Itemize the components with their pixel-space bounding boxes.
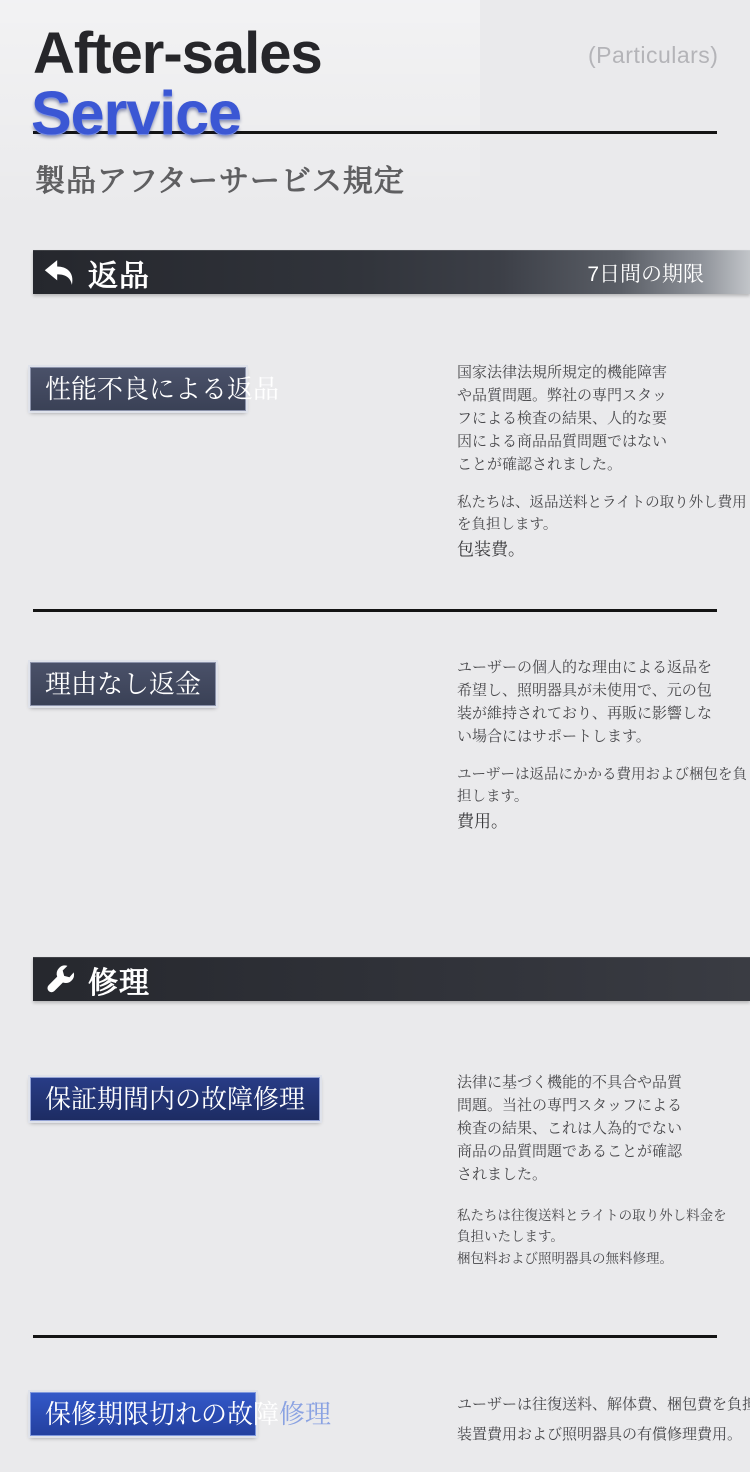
returns-section-bar: 返品 7日間の期限 [33,250,750,294]
page-subtitle-jp: 製品アフターサービス規定 [35,156,405,200]
returns-deadline-badge: 7日間の期限 [587,258,750,288]
no-reason-refund-extra: 費用。 [457,809,750,835]
section-divider [33,609,717,612]
wrench-icon [42,962,78,998]
repair-bar-title: 修理 [88,958,150,1002]
defective-return-note: 私たちは、返品送料とライトの取り外し費用 を負担します。 [457,492,750,536]
no-reason-refund-body: ユーザーの個人的な理由による返品を 希望し、照明器具が未使用で、元の包 装が維持… [457,657,750,749]
label-defective-return: 性能不良による返品 [30,367,246,411]
label-out-of-warranty-repair: 保修期限切れの故障修理 [30,1392,256,1436]
text-in-warranty-repair: 法律に基づく機能的不具合や品質 問題。当社の専門スタッフによる 検査の結果、これ… [457,1072,750,1269]
defective-return-body: 国家法律法規所規定的機能障害 や品質問題。弊社の専門スタッ フによる検査の結果、… [457,362,750,477]
defective-return-extra: 包装費。 [457,537,750,563]
page-title-line1: After-sales [33,20,322,87]
out-of-warranty-repair-body: ユーザーは往復送料、解体費、梱包費を負担し 装置費用および照明器具の有償修理費用… [457,1390,750,1450]
no-reason-refund-note: ユーザーは返品にかかる費用および梱包を負 担します。 [457,764,750,808]
in-warranty-repair-note: 私たちは往復送料とライトの取り外し料金を 負担いたします。 梱包料および照明器具… [457,1205,750,1270]
text-defective-return: 国家法律法規所規定的機能障害 や品質問題。弊社の専門スタッ フによる検査の結果、… [457,362,750,563]
page-title-line2: Service [31,78,241,148]
label-in-warranty-repair: 保証期間内の故障修理 [30,1077,320,1121]
out-of-warranty-label-overflow: 修理 [279,1399,331,1429]
returns-bar-title: 返品 [88,251,150,295]
text-no-reason-refund: ユーザーの個人的な理由による返品を 希望し、照明器具が未使用で、元の包 装が維持… [457,657,750,835]
repair-section-bar: 修理 [33,957,750,1001]
text-out-of-warranty-repair: ユーザーは往復送料、解体費、梱包費を負担し 装置費用および照明器具の有償修理費用… [457,1390,750,1450]
section-divider [33,1335,717,1338]
particulars-label: (Particulars) [588,42,718,69]
label-no-reason-refund: 理由なし返金 [30,662,216,706]
in-warranty-repair-body: 法律に基づく機能的不具合や品質 問題。当社の専門スタッフによる 検査の結果、これ… [457,1072,750,1187]
out-of-warranty-label-main: 保修期限切れの故障 [45,1399,279,1429]
after-sales-page: After-sales (Particulars) Service 製品アフター… [0,0,750,1472]
return-arrow-icon [42,255,78,291]
